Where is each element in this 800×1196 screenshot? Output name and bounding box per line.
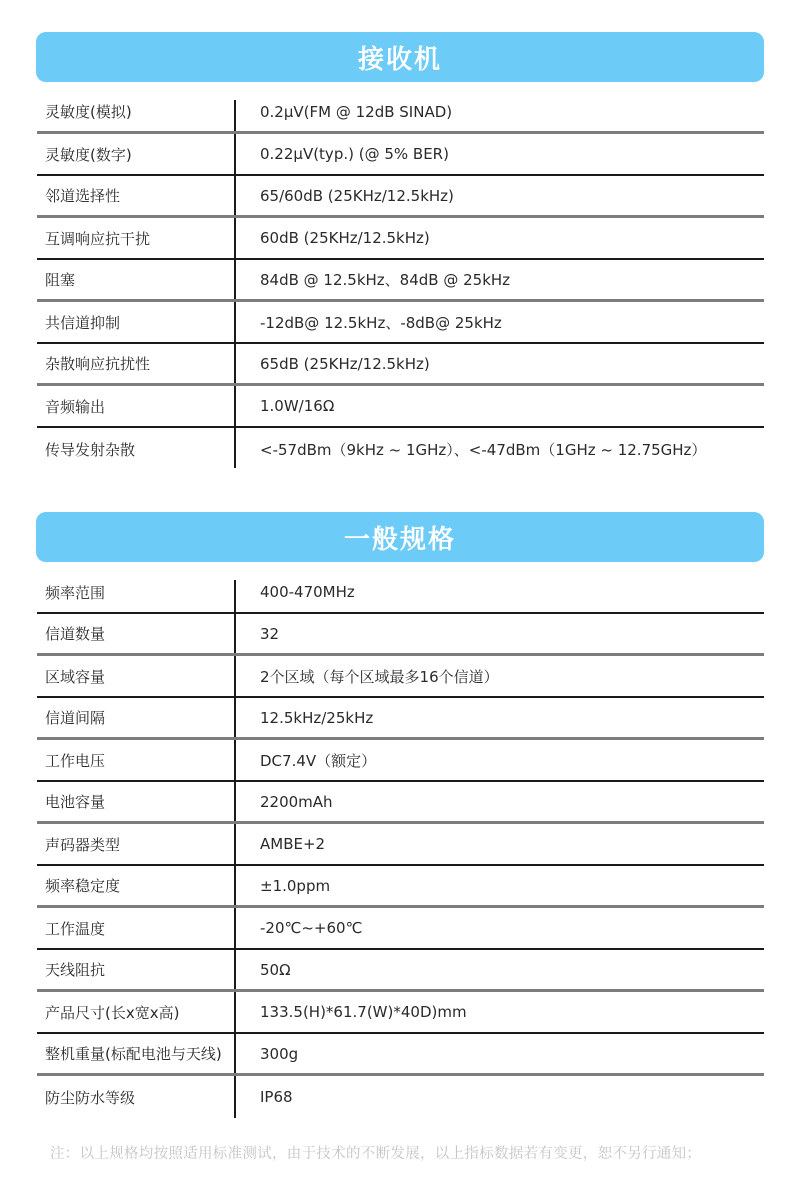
spec-value: 2个区域（每个区域最多16个信道）	[234, 666, 499, 687]
disclaimer-footnote: 注：以上规格均按照适用标准测试，由于技术的不断发展，以上指标数据若有变更，恕不另…	[50, 1142, 760, 1163]
spec-label: 信道数量	[37, 623, 234, 644]
spec-label: 灵敏度(数字)	[37, 144, 234, 165]
receiver-section-header: 接收机	[36, 32, 764, 82]
table-row: 邻道选择性65/60dB (25KHz/12.5kHz)	[37, 176, 764, 218]
spec-value: 50Ω	[234, 961, 291, 979]
table-row: 整机重量(标配电池与天线)300g	[37, 1034, 764, 1076]
spec-value: 1.0W/16Ω	[234, 397, 334, 415]
spec-label: 频率稳定度	[37, 875, 234, 896]
spec-label: 工作电压	[37, 750, 234, 771]
spec-value: 65dB (25KHz/12.5kHz)	[234, 355, 430, 373]
table-row: 频率稳定度±1.0ppm	[37, 866, 764, 908]
spec-label: 杂散响应抗扰性	[37, 353, 234, 374]
spec-label: 灵敏度(模拟)	[37, 101, 234, 122]
spec-value: IP68	[234, 1088, 293, 1106]
table-row: 电池容量2200mAh	[37, 782, 764, 824]
spec-value: 65/60dB (25KHz/12.5kHz)	[234, 187, 454, 205]
table-row: 频率范围400-470MHz	[37, 572, 764, 614]
spec-label: 邻道选择性	[37, 185, 234, 206]
table-row: 工作电压DC7.4V（额定）	[37, 740, 764, 782]
receiver-section-title: 接收机	[358, 39, 442, 76]
receiver-spec-table: 灵敏度(模拟)0.2μV(FM @ 12dB SINAD) 灵敏度(数字)0.2…	[37, 92, 764, 470]
spec-label: 音频输出	[37, 396, 234, 417]
spec-value: 84dB @ 12.5kHz、84dB @ 25kHz	[234, 269, 510, 290]
spec-label: 声码器类型	[37, 834, 234, 855]
table-row: 产品尺寸(长x宽x高)133.5(H)*61.7(W)*40D)mm	[37, 992, 764, 1034]
spec-value: 0.2μV(FM @ 12dB SINAD)	[234, 103, 452, 121]
general-section-header: 一般规格	[36, 512, 764, 562]
spec-label: 产品尺寸(长x宽x高)	[37, 1002, 234, 1023]
spec-label: 频率范围	[37, 582, 234, 603]
spec-value: ±1.0ppm	[234, 877, 330, 895]
table-row: 声码器类型AMBE+2	[37, 824, 764, 866]
spec-value: -12dB@ 12.5kHz、-8dB@ 25kHz	[234, 312, 502, 333]
spec-label: 天线阻抗	[37, 959, 234, 980]
table-row: 防尘防水等级IP68	[37, 1076, 764, 1118]
spec-value: -20℃~+60℃	[234, 919, 362, 937]
spec-label: 互调响应抗干扰	[37, 228, 234, 249]
table-row: 共信道抑制-12dB@ 12.5kHz、-8dB@ 25kHz	[37, 302, 764, 344]
spec-label: 工作温度	[37, 918, 234, 939]
spec-label: 共信道抑制	[37, 312, 234, 333]
table-row: 区域容量2个区域（每个区域最多16个信道）	[37, 656, 764, 698]
table-row: 传导发射杂散<-57dBm（9kHz ~ 1GHz）、<-47dBm（1GHz …	[37, 428, 764, 470]
spec-value: 2200mAh	[234, 793, 333, 811]
general-section-title: 一般规格	[344, 519, 456, 556]
spec-value: 133.5(H)*61.7(W)*40D)mm	[234, 1003, 467, 1021]
spec-label: 信道间隔	[37, 707, 234, 728]
spec-value: <-57dBm（9kHz ~ 1GHz）、<-47dBm（1GHz ~ 12.7…	[234, 439, 706, 460]
spec-value: 0.22μV(typ.) (@ 5% BER)	[234, 145, 449, 163]
spec-value: AMBE+2	[234, 835, 325, 853]
spec-value: DC7.4V（额定）	[234, 750, 376, 771]
spec-label: 阻塞	[37, 269, 234, 290]
table-row: 天线阻抗50Ω	[37, 950, 764, 992]
table-row: 阻塞84dB @ 12.5kHz、84dB @ 25kHz	[37, 260, 764, 302]
spec-label: 区域容量	[37, 666, 234, 687]
spec-value: 300g	[234, 1045, 298, 1063]
spec-label: 整机重量(标配电池与天线)	[37, 1043, 234, 1064]
spec-value: 32	[234, 625, 279, 643]
general-spec-table: 频率范围400-470MHz 信道数量32 区域容量2个区域（每个区域最多16个…	[37, 572, 764, 1118]
table-row: 灵敏度(数字)0.22μV(typ.) (@ 5% BER)	[37, 134, 764, 176]
table-row: 音频输出1.0W/16Ω	[37, 386, 764, 428]
table-row: 信道数量32	[37, 614, 764, 656]
spec-label: 传导发射杂散	[37, 439, 234, 460]
table-row: 互调响应抗干扰60dB (25KHz/12.5kHz)	[37, 218, 764, 260]
spec-value: 400-470MHz	[234, 583, 355, 601]
spec-label: 防尘防水等级	[37, 1087, 234, 1108]
spec-value: 12.5kHz/25kHz	[234, 709, 373, 727]
table-row: 灵敏度(模拟)0.2μV(FM @ 12dB SINAD)	[37, 92, 764, 134]
table-row: 工作温度-20℃~+60℃	[37, 908, 764, 950]
spec-value: 60dB (25KHz/12.5kHz)	[234, 229, 430, 247]
table-row: 信道间隔12.5kHz/25kHz	[37, 698, 764, 740]
spec-label: 电池容量	[37, 791, 234, 812]
table-row: 杂散响应抗扰性65dB (25KHz/12.5kHz)	[37, 344, 764, 386]
